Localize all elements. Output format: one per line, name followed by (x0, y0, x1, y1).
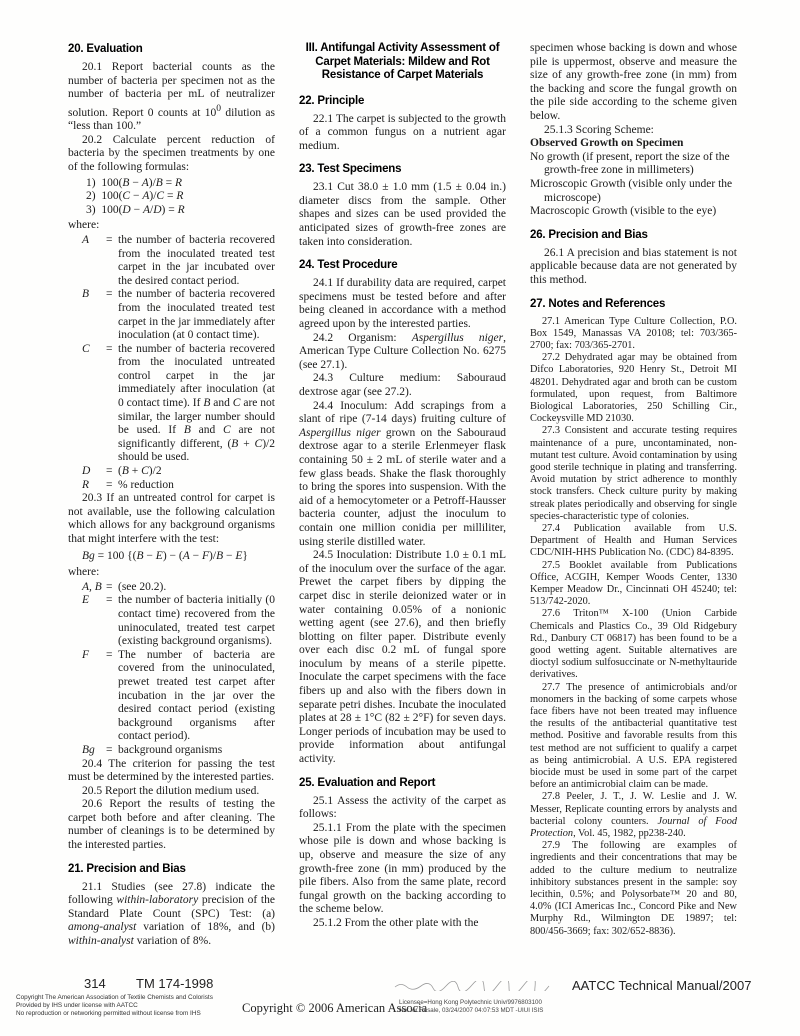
equals-sign: = (106, 581, 118, 595)
note-27-2: 27.2 Dehydrated agar may be obtained fro… (530, 352, 737, 425)
def-term: C (82, 343, 106, 465)
test-method-code: TM 174-1998 (136, 976, 213, 991)
license-stamp: Licensee=Hong Kong Polytechnic Univ/9976… (399, 999, 543, 1014)
equals-sign: = (106, 649, 118, 744)
def-text: The number of bacteria are covered from … (118, 649, 275, 744)
def-text: % reduction (118, 479, 275, 493)
formula-2: 2) 100(C − A)/C = R (68, 190, 275, 204)
para-23-1: 23.1 Cut 38.0 ± 1.0 mm (1.5 ± 0.04 in.) … (299, 181, 506, 249)
def-term: Bg (82, 744, 106, 758)
note-27-6: 27.6 Triton™ X-100 (Union Carbide Chemic… (530, 608, 737, 681)
para-20-6: 20.6 Report the results of testing the c… (68, 798, 275, 852)
def-text: the number of bacteria initially (0 cont… (118, 594, 275, 648)
para-21-1: 21.1 Studies (see 27.8) indicate the fol… (68, 881, 275, 949)
def-term: B (82, 288, 106, 342)
section-heading-21: 21. Precision and Bias (68, 863, 275, 875)
def-text: the number of bacteria recovered from th… (118, 343, 275, 465)
section-heading-25: 25. Evaluation and Report (299, 777, 506, 789)
def-term: F (82, 649, 106, 744)
scheme-item-microscopic: Microscopic Growth (visible only under t… (530, 178, 737, 205)
note-27-5: 27.5 Booklet available from Publications… (530, 560, 737, 609)
definition-row-A: A = the number of bacteria recovered fro… (68, 234, 275, 288)
formula-bg: Bg = 100 {(B − E) − (A − F)/B − E} (68, 550, 275, 564)
manual-title: AATCC Technical Manual/2007 (572, 978, 751, 993)
scan-artifact-squiggle (393, 981, 563, 991)
para-22-1: 22.1 The carpet is subjected to the grow… (299, 113, 506, 154)
definition-row-AB: A, B = (see 20.2). (68, 581, 275, 595)
definition-row-B: B = the number of bacteria recovered fro… (68, 288, 275, 342)
section-heading-26: 26. Precision and Bias (530, 229, 737, 241)
note-27-3: 27.3 Consistent and accurate testing req… (530, 425, 737, 523)
formula-list: 1) 100(B − A)/B = R 2) 100(C − A)/C = R … (68, 177, 275, 218)
para-24-5: 24.5 Inoculation: Distribute 1.0 ± 0.1 m… (299, 549, 506, 767)
equals-sign: = (106, 288, 118, 342)
scheme-item-macroscopic: Macroscopic Growth (visible to the eye) (530, 205, 737, 219)
equals-sign: = (106, 343, 118, 465)
equals-sign: = (106, 744, 118, 758)
column-3: specimen whose backing is down and whose… (530, 42, 737, 949)
definition-row-E: E = the number of bacteria initially (0 … (68, 594, 275, 648)
para-24-4: 24.4 Inoculum: Add scrapings from a slan… (299, 400, 506, 550)
para-24-3: 24.3 Culture medium: Sabouraud dextrose … (299, 372, 506, 399)
para-25-1-3: 25.1.3 Scoring Scheme: (530, 124, 737, 138)
scheme-item-no-growth: No growth (if present, report the size o… (530, 151, 737, 178)
para-25-1: 25.1 Assess the activity of the carpet a… (299, 795, 506, 822)
def-term: D (82, 465, 106, 479)
para-20-2: 20.2 Calculate percent reduction of bact… (68, 134, 275, 175)
def-text: (see 20.2). (118, 581, 275, 595)
equals-sign: = (106, 234, 118, 288)
def-term: R (82, 479, 106, 493)
page-number: 314 (84, 976, 106, 991)
equals-sign: = (106, 594, 118, 648)
para-24-1: 24.1 If durability data are required, ca… (299, 277, 506, 331)
note-27-9: 27.9 The following are examples of ingre… (530, 840, 737, 938)
definition-row-R: R = % reduction (68, 479, 275, 493)
para-25-1-1: 25.1.1 From the plate with the specimen … (299, 822, 506, 917)
def-term: A (82, 234, 106, 288)
section-heading-22: 22. Principle (299, 95, 506, 107)
para-20-1: 20.1 Report bacterial counts as the numb… (68, 61, 275, 134)
para-20-3: 20.3 If an untreated control for carpet … (68, 492, 275, 546)
text-columns: 20. Evaluation 20.1 Report bacterial cou… (68, 42, 737, 949)
definition-row-Bg: Bg = background organisms (68, 744, 275, 758)
definition-row-C: C = the number of bacteria recovered fro… (68, 343, 275, 465)
def-term: A, B (82, 581, 106, 595)
def-text: background organisms (118, 744, 275, 758)
note-27-7: 27.7 The presence of antimicrobials and/… (530, 682, 737, 792)
equals-sign: = (106, 479, 118, 493)
note-27-8: 27.8 Peeler, J. T., J. W. Leslie and J. … (530, 791, 737, 840)
note-27-1: 27.1 American Type Culture Collection, P… (530, 316, 737, 353)
where-label-1: where: (68, 219, 275, 233)
scoring-scheme-heading: Observed Growth on Specimen (530, 137, 737, 151)
copyright-line-1: Copyright The American Association of Te… (16, 994, 213, 1002)
section-heading-24: 24. Test Procedure (299, 259, 506, 271)
ihs-copyright-block: Copyright The American Association of Te… (16, 994, 213, 1018)
section-heading-27: 27. Notes and References (530, 298, 737, 310)
definition-row-D: D = (B + C)/2 (68, 465, 275, 479)
para-25-1-2: 25.1.2 From the other plate with the (299, 917, 506, 931)
section-heading-20: 20. Evaluation (68, 43, 275, 55)
document-page: 20. Evaluation 20.1 Report bacterial cou… (0, 0, 800, 1036)
def-text: the number of bacteria recovered from th… (118, 288, 275, 342)
para-26-1: 26.1 A precision and bias statement is n… (530, 247, 737, 288)
formula-3: 3) 100(D − A/D) = R (68, 204, 275, 218)
license-line-2: Not for Resale, 03/24/2007 04:07:53 MDT … (399, 1007, 543, 1015)
def-text: (B + C)/2 (118, 465, 275, 479)
def-text: the number of bacteria recovered from th… (118, 234, 275, 288)
para-24-2: 24.2 Organism: Aspergillus niger, Americ… (299, 332, 506, 373)
para-20-4: 20.4 The criterion for passing the test … (68, 758, 275, 785)
column-1: 20. Evaluation 20.1 Report bacterial cou… (68, 42, 275, 949)
column-2: III. Antifungal Activity Assessment ofCa… (299, 42, 506, 949)
formula-1: 1) 100(B − A)/B = R (68, 177, 275, 191)
def-term: E (82, 594, 106, 648)
copyright-line-2: Provided by IHS under license with AATCC (16, 1002, 213, 1010)
license-line-1: Licensee=Hong Kong Polytechnic Univ/9976… (399, 999, 543, 1007)
para-25-1-2-continued: specimen whose backing is down and whose… (530, 42, 737, 124)
section-heading-23: 23. Test Specimens (299, 163, 506, 175)
copyright-line-3: No reproduction or networking permitted … (16, 1010, 213, 1018)
equals-sign: = (106, 465, 118, 479)
note-27-4: 27.4 Publication available from U.S. Dep… (530, 523, 737, 560)
where-label-2: where: (68, 566, 275, 580)
para-20-5: 20.5 Report the dilution medium used. (68, 785, 275, 799)
definition-row-F: F = The number of bacteria are covered f… (68, 649, 275, 744)
part-iii-title: III. Antifungal Activity Assessment ofCa… (299, 42, 506, 83)
